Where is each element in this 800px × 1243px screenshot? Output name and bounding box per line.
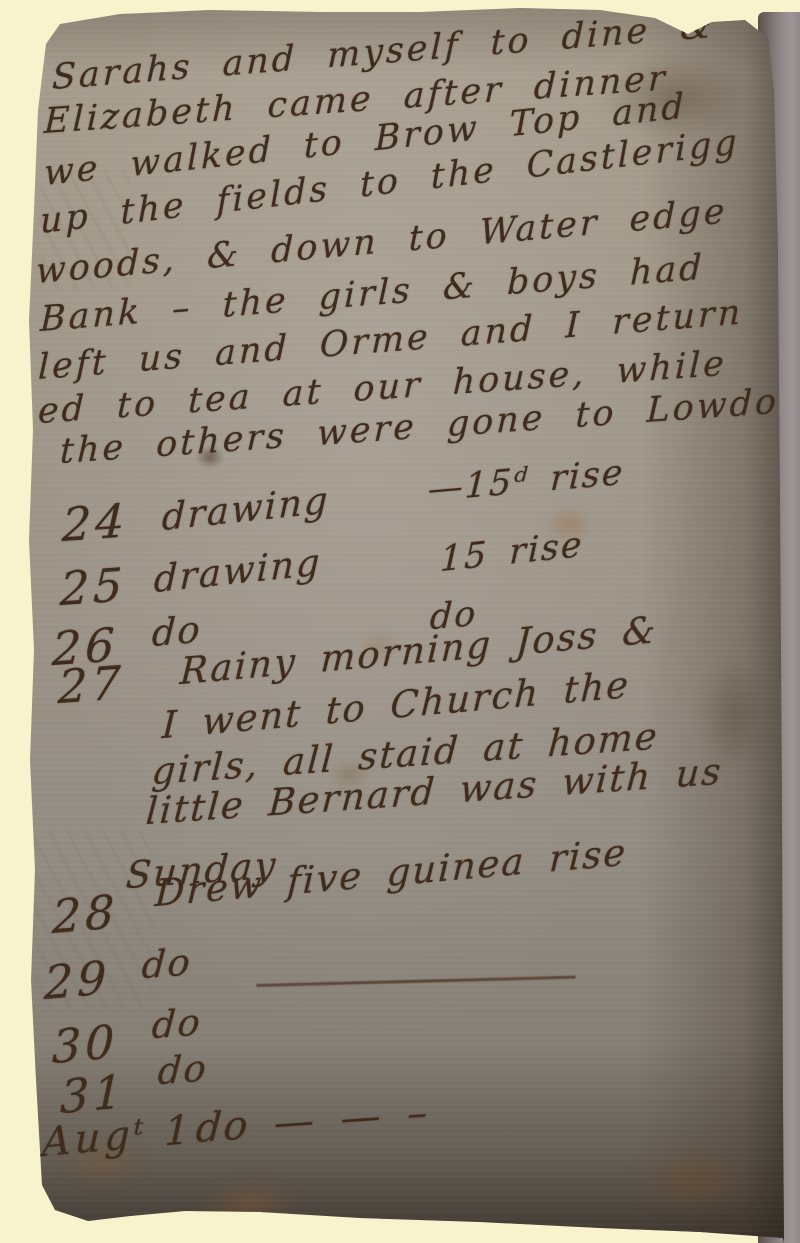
entry-day: 27: [57, 655, 125, 714]
stain: [630, 1140, 760, 1220]
entry-activity: drawing: [153, 540, 322, 601]
entry-day: 25: [59, 557, 127, 616]
stain: [200, 1180, 300, 1225]
entry-day: 29: [44, 950, 111, 1010]
entry-day: 28: [52, 884, 119, 944]
ink-flourish-line: [256, 976, 576, 987]
entry-activity: do: [156, 1046, 209, 1093]
manuscript-page: Sarahs and myself to dine & Elizabeth ca…: [0, 0, 800, 1243]
entry-activity: Drew five guinea rise: [154, 830, 629, 915]
photograph-of-diary-page: Sarahs and myself to dine & Elizabeth ca…: [0, 0, 800, 1243]
entry-note: 15 rise: [439, 525, 584, 580]
entry-note: —15ᵈ rise: [427, 453, 626, 511]
entry-activity: drawing: [161, 478, 330, 539]
entry-activity: do: [150, 1000, 203, 1047]
entry-day: 24: [61, 493, 129, 552]
entry-activity: do — — –: [194, 1090, 431, 1153]
entry-activity: do: [140, 940, 193, 987]
